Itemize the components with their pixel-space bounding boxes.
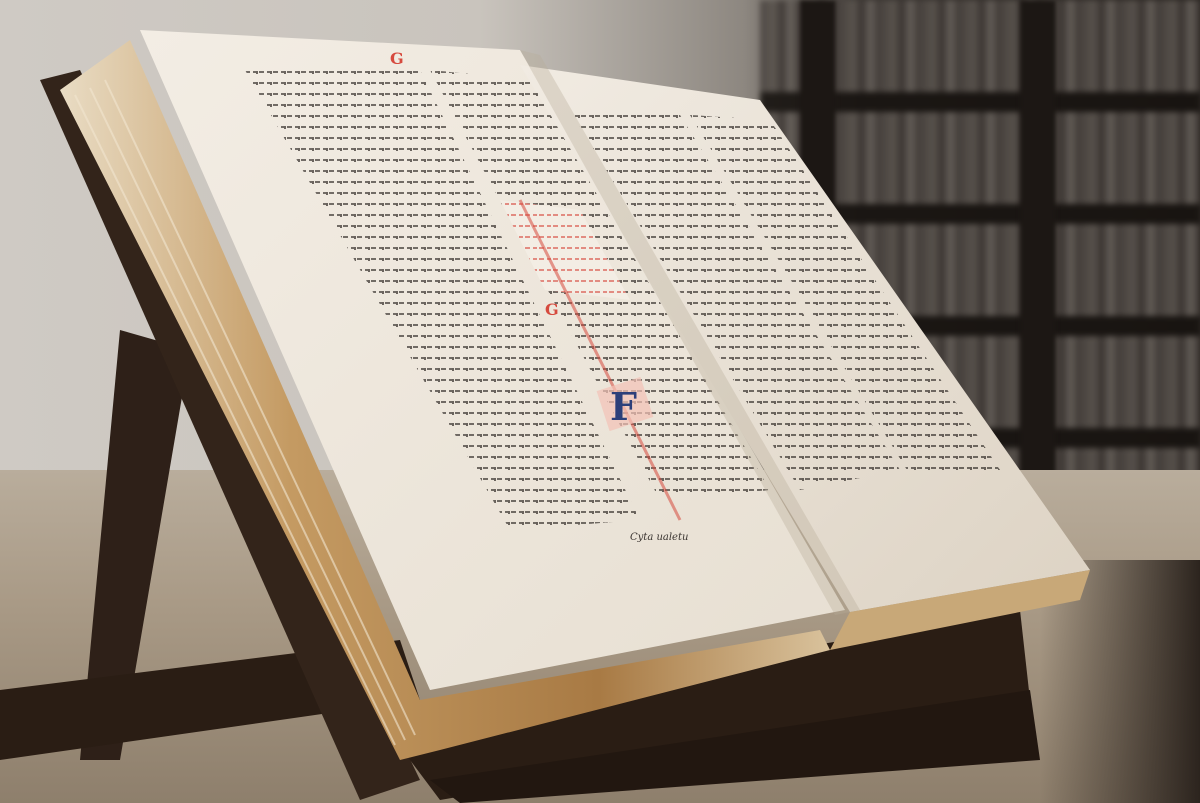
catchword: Cyta ualetu	[630, 532, 688, 543]
illuminated-initial-f: F	[610, 384, 637, 429]
manuscript-photo: G G F Cyta ualetu	[0, 0, 1200, 803]
red-initial-g: G	[390, 49, 404, 68]
book-and-stand: G G F Cyta ualetu	[0, 0, 1200, 803]
rubric-initial-g: G	[545, 300, 559, 319]
